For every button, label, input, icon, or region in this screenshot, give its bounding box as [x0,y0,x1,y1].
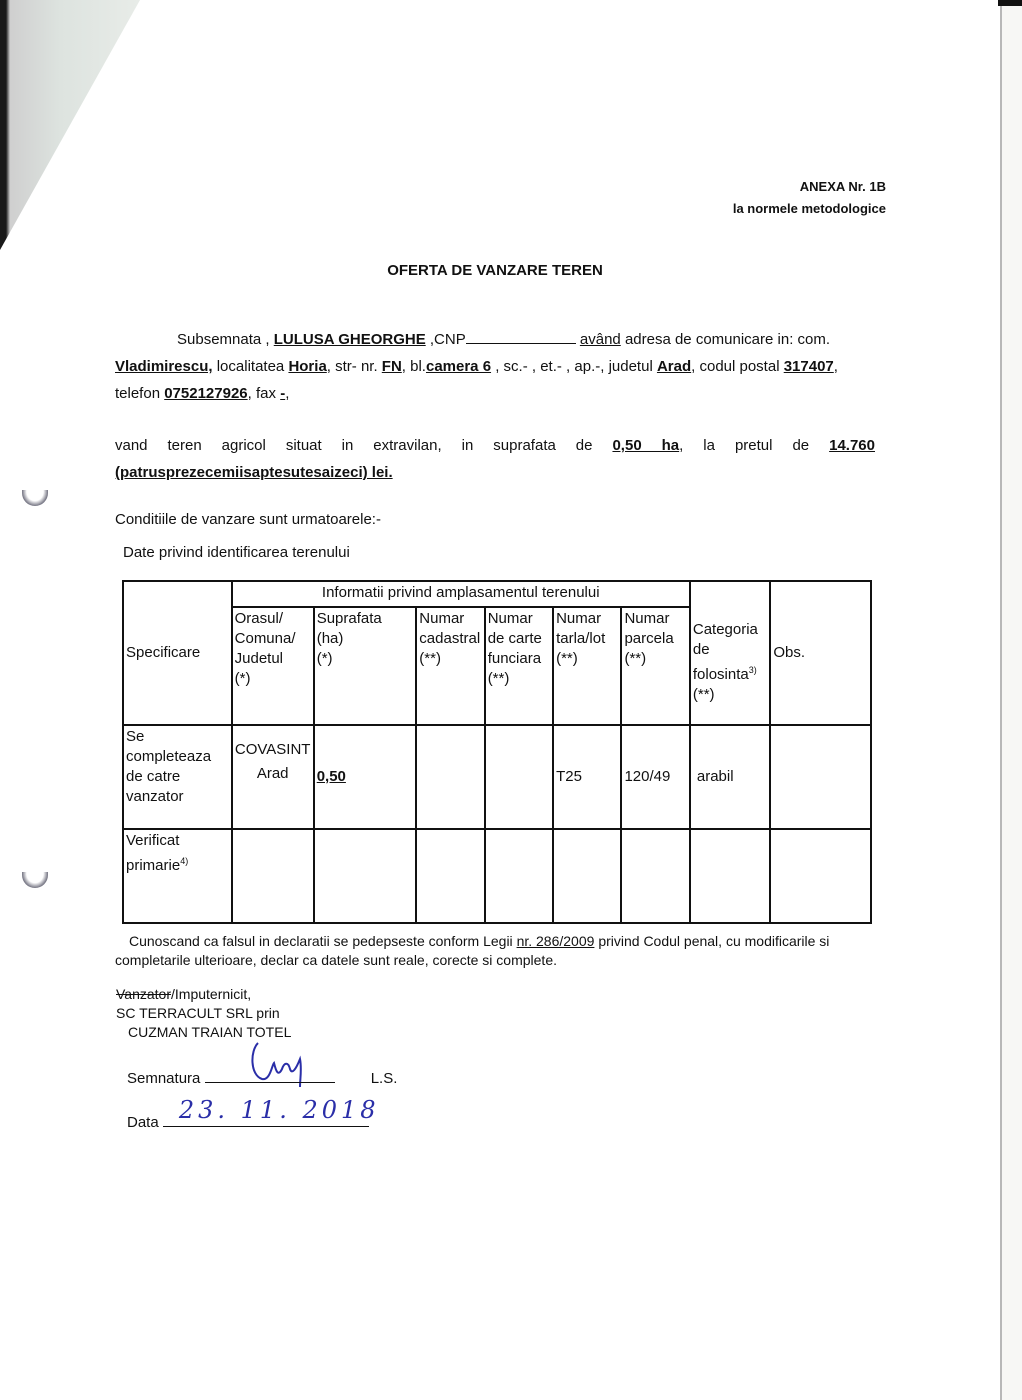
punch-hole-icon [22,490,48,506]
cell-tarla [553,829,621,923]
cell-orasul: COVASINT Arad [232,725,314,829]
annex-subtitle: la normele metodologice [733,198,886,220]
role-struck: Vanzator [116,986,171,1002]
punch-hole-icon [22,872,48,888]
block: camera 6 [426,358,491,375]
cell-carte-funciara [485,829,553,923]
postal-code: 317407 [784,358,834,375]
header-suprafata: Suprafata(ha)(*) [314,607,417,725]
header-specificare: Specificare [123,581,232,725]
cell-categoria [690,829,770,923]
signatory-block: Vanzator/Imputernicit, SC TERRACULT SRL … [116,985,291,1042]
cell-parcela: 120/49 [621,725,689,829]
offer-price: 14.760 [829,437,875,454]
handwritten-date: 23. 11. 2018 [179,1096,380,1124]
cnp-field [466,343,576,344]
header-carte-funciara: Numarde carte funciara(**) [485,607,553,725]
locality: Horia [288,358,326,375]
phone-number: 0752127926 [164,385,247,402]
cell-specificare: Secompleteaza de catrevanzator [123,725,232,829]
document-title: OFERTA DE VANZARE TEREN [0,262,990,279]
company: SC TERRACULT SRL prin [116,1004,291,1023]
street-number: FN [382,358,402,375]
header-categoria: Categoria de folosinta3) (**) [690,581,770,725]
cell-categoria: arabil [690,725,770,829]
law-reference: nr. 286/2009 [517,933,595,949]
ls-stamp-label: L.S. [371,1070,398,1087]
legal-declaration: Cunoscand ca falsul in declaratii se ped… [115,932,875,970]
date-line: Data 23. 11. 2018 [127,1110,369,1131]
scan-page-edge-top [998,0,1022,6]
table-caption: Date privind identificarea terenului [123,539,883,566]
seller-identification: Subsemnata , LULUSA GHEORGHE ,CNP având … [115,326,875,407]
cell-specificare: Verificat primarie4) [123,829,232,923]
annex-number: ANEXA Nr. 1B [733,176,886,198]
scan-folded-corner [0,0,140,250]
cell-suprafata [314,829,417,923]
seller-name: LULUSA GHEORGHE [274,331,426,348]
cell-cadastral [416,829,484,923]
header-obs: Obs. [770,581,871,725]
land-identification-table: Specificare Informatii privind amplasame… [122,580,872,924]
cell-cadastral [416,725,484,829]
cell-suprafata: 0,50 [314,725,417,829]
cell-obs [770,829,871,923]
table-row-vanzator: Secompleteaza de catrevanzator COVASINT … [123,725,871,829]
signature-line: Semnatura L.S. [127,1068,397,1087]
cell-parcela [621,829,689,923]
header-location-group: Informatii privind amplasamentul terenul… [232,581,690,607]
conditions-heading: Conditiile de vanzare sunt urmatoarele:- [115,506,875,533]
offer-area: 0,50 ha [612,437,679,454]
cell-carte-funciara [485,725,553,829]
cell-tarla: T25 [553,725,621,829]
cell-obs [770,725,871,829]
scan-page-edge [1000,0,1022,1400]
county: Arad [657,358,691,375]
header-cadastral: Numarcadastral(**) [416,607,484,725]
annex-header: ANEXA Nr. 1B la normele metodologice [733,176,886,220]
header-parcela: Numarparcela(**) [621,607,689,725]
commune: Vladimirescu, [115,358,213,375]
offer-statement: vand teren agricol situat in extravilan,… [115,432,875,486]
offer-price-words: (patrusprezecemiisaptesutesaizeci) lei. [115,459,875,486]
header-tarla: Numartarla/lot(**) [553,607,621,725]
table-row-primarie: Verificat primarie4) [123,829,871,923]
cell-orasul [232,829,314,923]
header-orasul: Orasul/Comuna/ Judetul(*) [232,607,314,725]
fax-number: - [280,385,285,402]
